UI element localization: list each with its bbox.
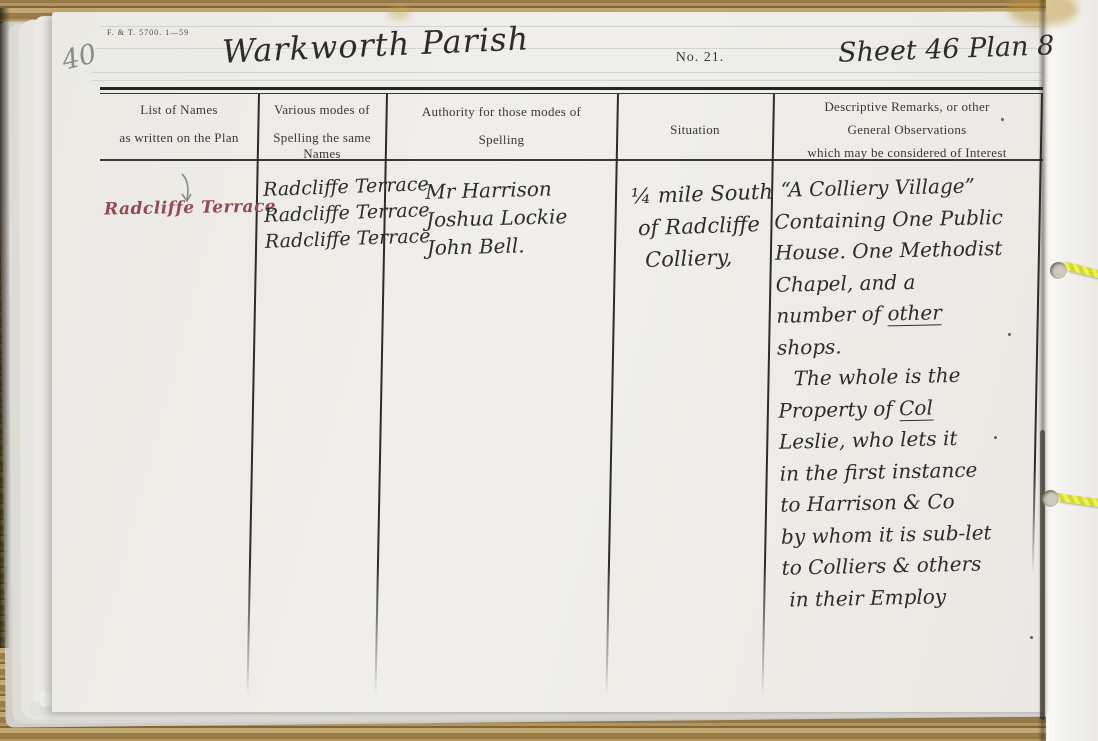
authority-entry: Mr Harrison: [425, 174, 567, 206]
faint-rule: [100, 26, 1040, 27]
header-line: List of Names: [103, 102, 255, 118]
header-situation: Situation: [620, 122, 770, 138]
name-on-plan-red-ink: Radcliffe Terrace: [104, 196, 276, 219]
page-stain: [388, 6, 410, 20]
authority-entry: Joshua Lockie: [426, 202, 568, 234]
remarks-text: shops.: [777, 334, 842, 359]
remarks-text: The whole is the: [793, 363, 960, 390]
remarks-line: House. One Methodist: [775, 232, 1038, 269]
remarks-text: to Colliers & others: [781, 552, 981, 580]
remarks-underlined-word: other: [887, 300, 942, 326]
header-authority: Authority for those modes of Spelling: [389, 104, 614, 148]
header-line: which may be considered of Interest: [776, 145, 1038, 161]
punch-hole: [1050, 262, 1067, 279]
adjacent-page-edge: [1046, 0, 1098, 741]
header-line: General Observations: [776, 122, 1038, 138]
header-line: Spelling the same Names: [261, 130, 383, 162]
authorities-cell: Mr Harrison Joshua Lockie John Bell.: [425, 174, 568, 262]
page-crease-shadow-dark: [1040, 430, 1045, 720]
remarks-text: number of: [776, 301, 888, 327]
remarks-text: Containing One Public: [774, 204, 1003, 233]
page-number-label: No. 21.: [660, 50, 740, 66]
punch-hole: [1042, 490, 1059, 507]
scanned-document-photo: { "page": { "form_number": "F. & T. 5700…: [0, 0, 1098, 741]
speck: [1030, 636, 1033, 639]
remarks-text: in their Employ: [789, 584, 946, 611]
situation-cell: ¼ mile South of Radcliffe Colliery,: [630, 176, 775, 277]
header-line: Authority for those modes of: [389, 104, 614, 120]
situation-line: ¼ mile South: [630, 176, 773, 213]
header-list-of-names: List of Names as written on the Plan: [103, 102, 255, 146]
header-line: Spelling: [389, 132, 614, 148]
header-line: Descriptive Remarks, or other: [776, 99, 1038, 115]
header-line: Situation: [620, 122, 770, 138]
header-various-modes: Various modes of Spelling the same Names: [261, 102, 383, 162]
situation-line: of Radcliffe: [637, 208, 774, 245]
remarks-text: to Harrison & Co: [780, 489, 955, 517]
header-descriptive-remarks: Descriptive Remarks, or other General Ob…: [776, 99, 1038, 161]
remarks-line: The whole is the: [793, 358, 1040, 395]
remarks-text: Leslie, who lets it: [779, 426, 958, 454]
remarks-text: Property of: [778, 396, 899, 423]
remarks-cell: “A Colliery Village” Containing One Publ…: [773, 169, 1044, 615]
binder-edge-shadow: [0, 8, 10, 648]
remarks-text: by whom it is sub-let: [781, 520, 992, 548]
situation-line: Colliery,: [645, 240, 776, 277]
authority-entry: John Bell.: [426, 230, 568, 262]
remarks-text: Chapel, and a: [775, 269, 915, 296]
header-line: as written on the Plan: [103, 130, 255, 146]
remarks-underlined-word: Col: [899, 395, 933, 421]
remarks-line: in their Employ: [789, 579, 1045, 616]
remarks-text: House. One Methodist: [775, 236, 1003, 265]
faint-rule: [92, 80, 1042, 81]
spellings-cell: Radcliffe Terrace Radcliffe Terrace Radc…: [263, 171, 431, 255]
table-top-rule-thick: [100, 87, 1043, 90]
remarks-text: in the first instance: [779, 457, 977, 485]
form-number: F. & T. 5700. 1—59: [107, 28, 189, 37]
remarks-text: “A Colliery Village”: [780, 174, 975, 202]
faint-rule: [92, 72, 1042, 73]
table-top-rule-thin: [100, 93, 1043, 94]
header-line: Various modes of: [261, 102, 383, 118]
